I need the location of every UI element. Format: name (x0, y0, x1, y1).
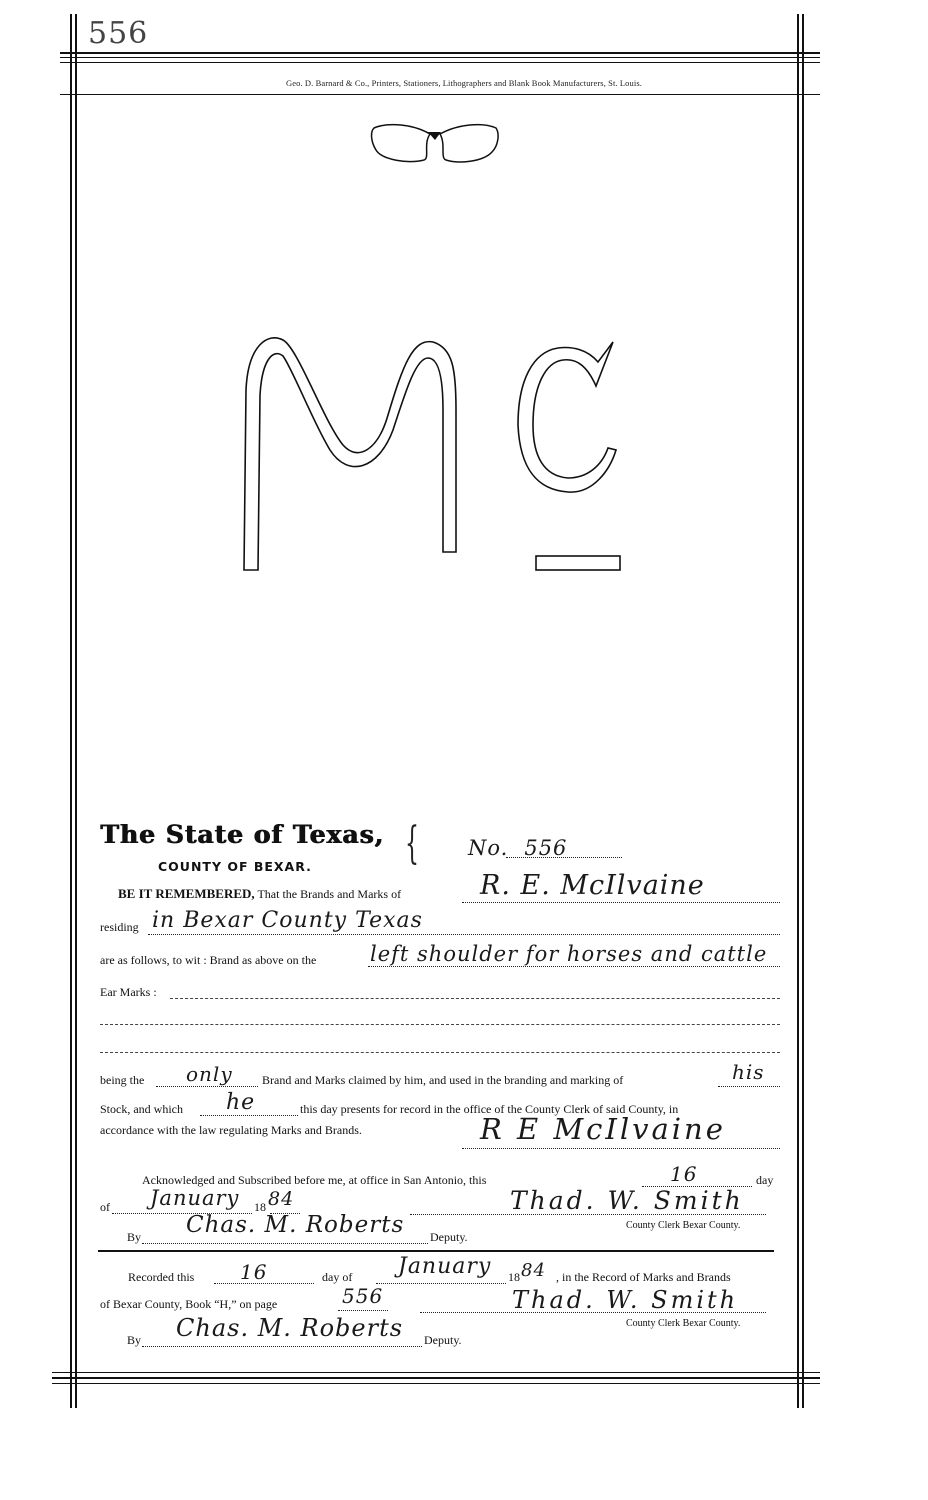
follows-label: are as follows, to wit : Brand as above … (100, 953, 316, 968)
owner-signature: R E McIlvaine (480, 1112, 726, 1146)
record-number-line (506, 857, 622, 858)
ack-clerk-signature: Thad. W. Smith (510, 1186, 744, 1215)
stock-owner-line (718, 1086, 780, 1087)
ack-of-label: of (100, 1200, 110, 1215)
rec-deputy-signature: Chas. M. Roberts (176, 1314, 403, 1342)
recorded-label: Recorded this (128, 1270, 194, 1285)
being-the-value: only (186, 1062, 233, 1086)
ack-deputy-label: Deputy. (430, 1230, 468, 1245)
ack-by-label: By (127, 1230, 141, 1245)
ack-deputy-signature: Chas. M. Roberts (186, 1212, 404, 1238)
rec-year-prefix: 18 (508, 1270, 520, 1285)
rec-page-line (338, 1310, 388, 1311)
owner-signature-line (462, 1148, 780, 1149)
ack-day-label: day (756, 1173, 773, 1188)
rec-book-text: of Bexar County, Book “H,” on page (100, 1297, 277, 1312)
brand-registration-form: The State of Texas, { COUNTY OF BEXAR. N… (0, 0, 928, 1500)
stock-owner-value: his (732, 1060, 765, 1084)
rec-year-value: 84 (521, 1260, 546, 1281)
state-title: The State of Texas, (100, 820, 384, 849)
being-the-label: being the (100, 1073, 144, 1088)
rec-clerk-title: County Clerk Bexar County. (626, 1318, 740, 1329)
ack-deputy-line (142, 1243, 428, 1244)
rec-record-text: , in the Record of Marks and Brands (556, 1270, 731, 1285)
document-page: 556 Geo. D. Barnard & Co., Printers, Sta… (0, 0, 928, 1500)
rec-day-of-label: day of (322, 1270, 352, 1285)
owner-name-value: R. E. McIlvaine (480, 870, 705, 901)
rec-deputy-label: Deputy. (424, 1333, 462, 1348)
rec-deputy-line (142, 1346, 422, 1347)
which-value: he (226, 1090, 255, 1115)
stock-label: Stock, and which (100, 1102, 183, 1117)
ear-marks-line-3[interactable] (100, 1052, 780, 1053)
ack-clerk-title: County Clerk Bexar County. (626, 1220, 740, 1231)
ack-day-value: 16 (670, 1162, 697, 1186)
accordance-text: accordance with the law regulating Marks… (100, 1123, 362, 1138)
rec-clerk-signature: Thad. W. Smith (512, 1286, 738, 1314)
ack-year-value: 84 (268, 1188, 294, 1210)
rec-page-value: 556 (342, 1284, 383, 1308)
brace-icon: { (405, 818, 419, 869)
residing-line (148, 934, 780, 935)
claimed-text: Brand and Marks claimed by him, and used… (262, 1073, 623, 1088)
which-line (200, 1115, 298, 1116)
ear-marks-line-1[interactable] (170, 998, 780, 999)
ear-marks-line-2[interactable] (100, 1024, 780, 1025)
rec-month-line (376, 1283, 506, 1284)
residing-label: residing (100, 920, 139, 935)
ear-marks-label: Ear Marks : (100, 985, 157, 1000)
county-label: COUNTY OF BEXAR. (158, 859, 312, 874)
rec-month-value: January (398, 1254, 491, 1279)
ack-month-value: January (150, 1186, 239, 1210)
rec-day-value: 16 (240, 1260, 267, 1284)
residing-value: in Bexar County Texas (152, 908, 423, 933)
remembered-line: BE IT REMEMBERED, That the Brands and Ma… (118, 886, 401, 902)
being-the-line (156, 1086, 258, 1087)
section-divider (98, 1250, 774, 1252)
rec-by-label: By (127, 1333, 141, 1348)
owner-name-line (462, 902, 780, 903)
brand-location-value: left shoulder for horses and cattle (370, 942, 767, 966)
brand-location-line (368, 966, 780, 967)
